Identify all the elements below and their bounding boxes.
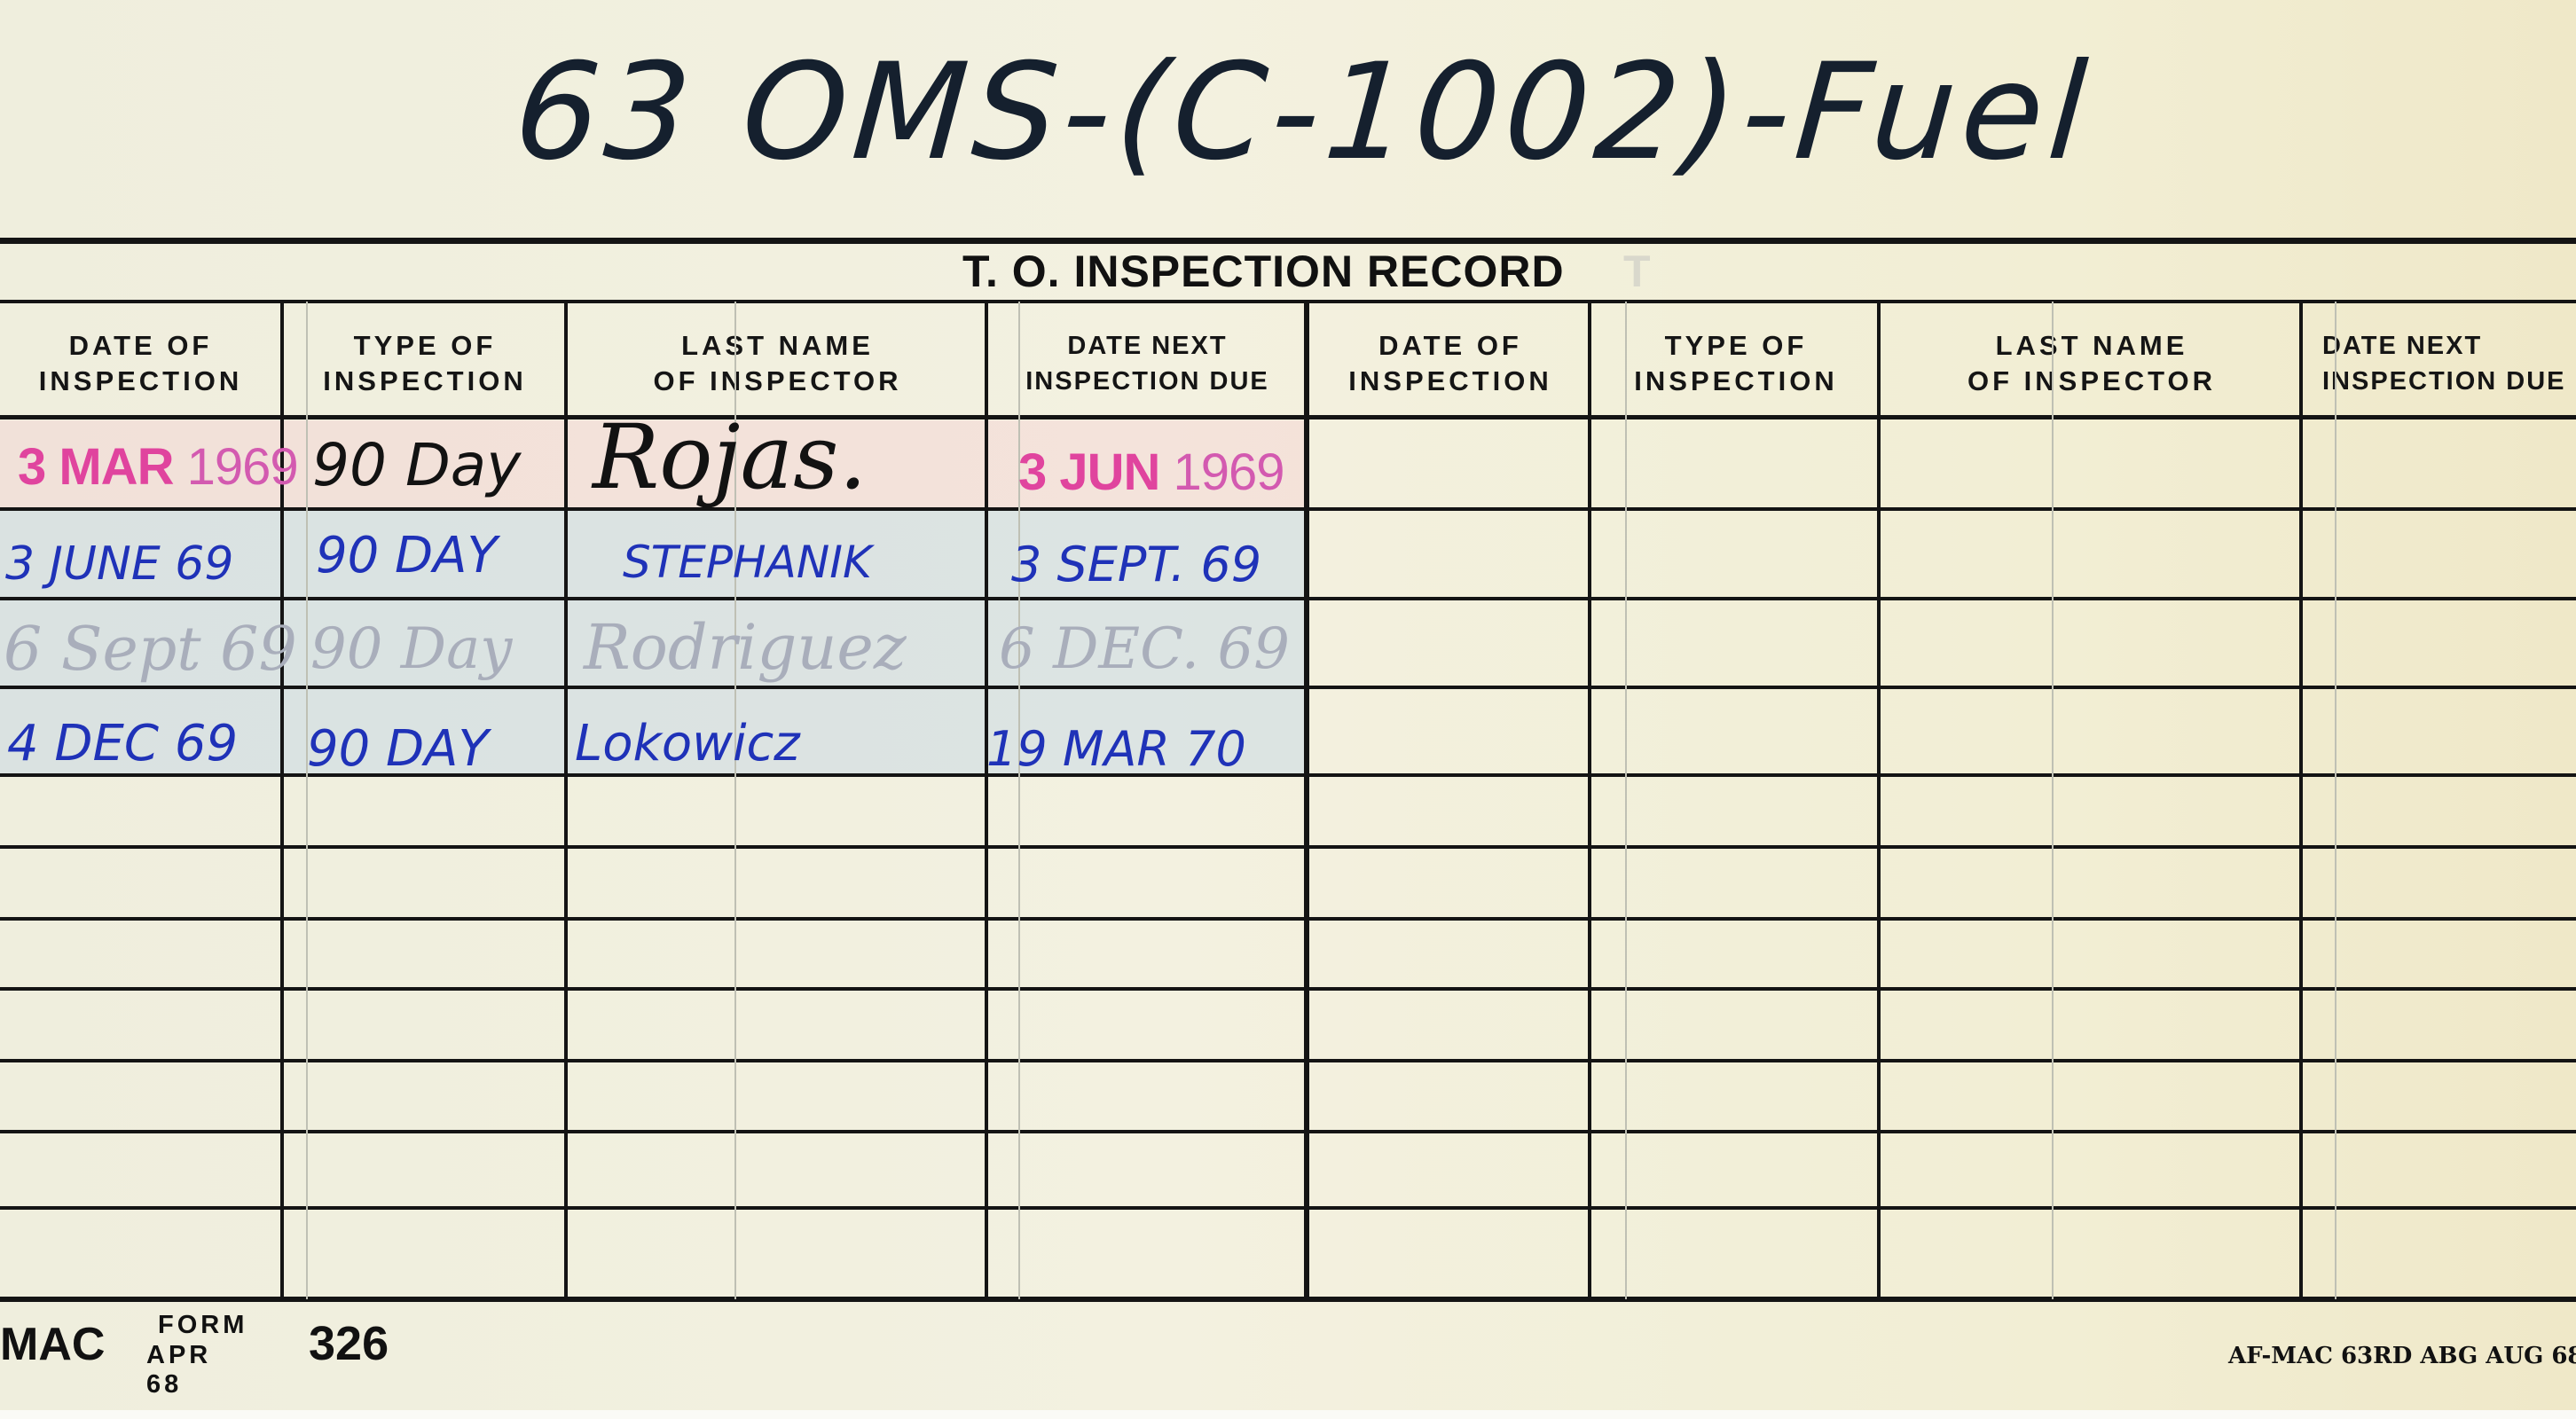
header-line: LAST NAME xyxy=(681,328,874,364)
entry-2-type: 90 DAY xyxy=(316,520,498,591)
row-rule xyxy=(0,415,2576,419)
printer-imprint: AF-MAC 63RD ABG AUG 68 xyxy=(2228,1343,2576,1369)
bleed-through-line xyxy=(306,302,308,1299)
col-rule xyxy=(985,302,988,1299)
entry-3-date-next-due: 6 DEC. 69 xyxy=(999,612,1290,686)
col-header-date-of-inspection: DATE OF INSPECTION xyxy=(0,310,281,417)
title-rule xyxy=(0,300,2576,303)
header-line: TYPE OF xyxy=(354,328,497,364)
bottom-rule xyxy=(0,1297,2576,1302)
header-line: DATE NEXT xyxy=(1067,328,1227,364)
col-header-type-of-inspection-2: TYPE OF INSPECTION xyxy=(1593,310,1879,417)
col-rule xyxy=(2299,302,2303,1299)
form-label: FORM xyxy=(158,1311,247,1340)
col-header-last-name-of-inspector: LAST NAME OF INSPECTOR xyxy=(569,310,986,417)
stamp-date: 3 JUN xyxy=(1018,443,1159,502)
row-rule xyxy=(0,1206,2576,1210)
row-rule xyxy=(0,987,2576,991)
stamp-year: 1969 xyxy=(187,437,298,497)
entry-2-date-of-inspection: 3 JUNE 69 xyxy=(5,529,233,600)
entry-1-date-of-inspection: 3 MAR 1969 xyxy=(18,426,298,507)
header-line: INSPECTION xyxy=(1348,364,1551,399)
entry-1-date-next-due: 3 JUN 1969 xyxy=(1018,431,1284,513)
header-line: OF INSPECTOR xyxy=(654,364,902,399)
entry-2-inspector: STEPHANIK xyxy=(623,527,872,598)
header-line: INSPECTION xyxy=(323,364,526,399)
col-rule xyxy=(1588,302,1591,1299)
stamp-date: 3 MAR xyxy=(18,437,173,497)
entry-4-date-of-inspection: 4 DEC 69 xyxy=(7,709,238,777)
row-rule xyxy=(0,507,2576,511)
header-line: INSPECTION xyxy=(39,364,242,399)
row-rule xyxy=(0,597,2576,600)
bleed-through-line xyxy=(2052,302,2054,1299)
entry-4-inspector: Lokowicz xyxy=(575,709,800,777)
row-rule xyxy=(0,1130,2576,1133)
entry-1-type: 90 Day xyxy=(312,424,521,506)
form-date: APR 68 xyxy=(146,1341,211,1399)
form-agency: MAC xyxy=(0,1318,105,1371)
row-rule xyxy=(0,1059,2576,1062)
bleed-through-mark: T xyxy=(1623,241,1651,302)
col-rule xyxy=(1877,302,1881,1299)
entry-1-inspector-signature: Rojas. xyxy=(593,404,867,510)
header-line: TYPE OF xyxy=(1665,328,1808,364)
col-rule xyxy=(564,302,568,1299)
entry-3-inspector: Rodriguez xyxy=(584,610,907,685)
col-header-date-next-inspection-due: DATE NEXT INSPECTION DUE xyxy=(989,310,1306,417)
bleed-through-line xyxy=(2335,302,2336,1299)
row-rule xyxy=(0,917,2576,921)
header-line: OF INSPECTOR xyxy=(1967,364,2216,399)
entry-2-date-next-due: 3 SEPT. 69 xyxy=(1011,529,1261,600)
header-line: INSPECTION xyxy=(1634,364,1837,399)
header-line: DATE NEXT xyxy=(2322,328,2482,364)
header-line: INSPECTION DUE xyxy=(1025,364,1269,399)
col-header-last-name-of-inspector-2: LAST NAME OF INSPECTOR xyxy=(1882,310,2301,417)
entry-3-type: 90 Day xyxy=(310,612,512,686)
col-header-date-of-inspection-2: DATE OF INSPECTION xyxy=(1311,310,1590,417)
col-header-date-next-inspection-due-2: DATE NEXT INSPECTION DUE xyxy=(2305,310,2576,417)
header-line: DATE OF xyxy=(69,328,213,364)
entry-4-type: 90 DAY xyxy=(307,715,489,782)
entry-3-date-of-inspection: 6 Sept 69 xyxy=(4,612,297,686)
group-divider xyxy=(1304,302,1309,1299)
entry-4-date-next-due: 19 MAR 70 xyxy=(986,715,1246,782)
header-line: INSPECTION DUE xyxy=(2322,364,2566,399)
col-header-type-of-inspection: TYPE OF INSPECTION xyxy=(284,310,566,417)
header-line: LAST NAME xyxy=(1996,328,2188,364)
handwritten-title: 63 OMS-(C-1002)-Fuel xyxy=(508,35,2029,213)
scan-edge xyxy=(0,1410,2576,1419)
bleed-through-line xyxy=(1625,302,1627,1299)
record-title: T. O. INSPECTION RECORD xyxy=(962,241,1565,302)
form-number: 326 xyxy=(309,1316,389,1371)
header-line: DATE OF xyxy=(1378,328,1522,364)
row-rule xyxy=(0,845,2576,849)
stamp-year: 1969 xyxy=(1174,443,1284,502)
